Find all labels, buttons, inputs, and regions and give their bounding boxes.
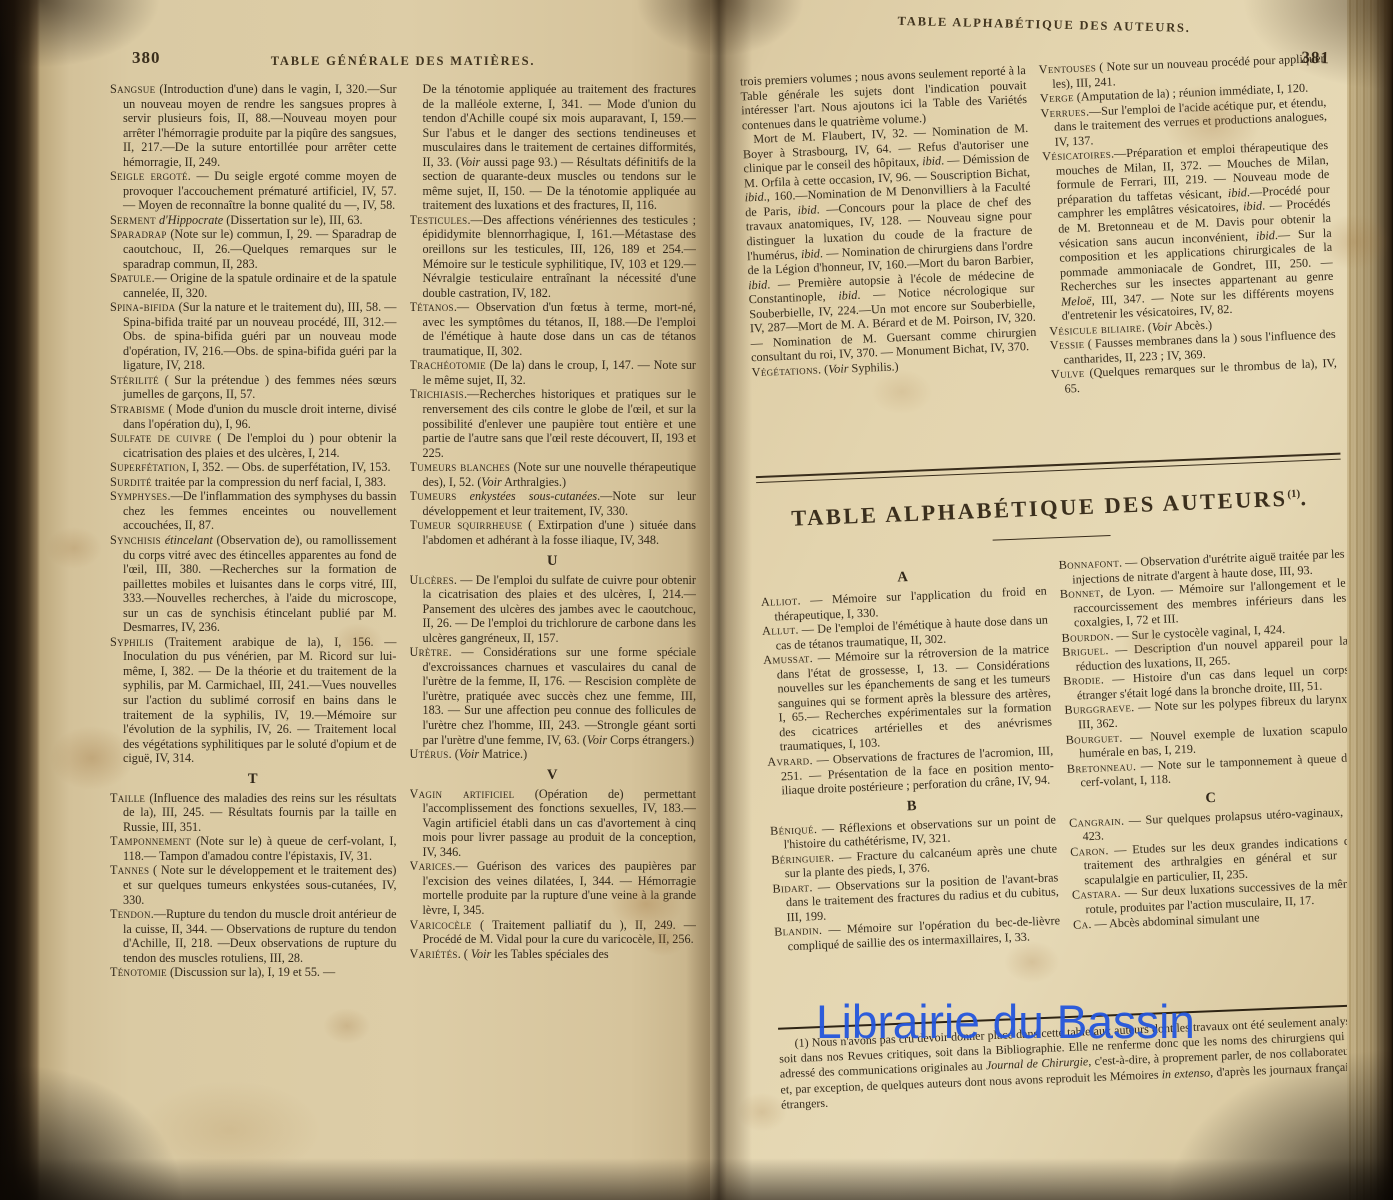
entry-headword: Tumeur squirrheuse (410, 518, 523, 532)
entry-headword: Tumeurs (410, 489, 457, 503)
index-entry: Mort de M. Flaubert, IV, 32. — Nominatio… (742, 121, 1037, 365)
entry-headword: Tumeurs blanches (410, 460, 511, 474)
entry-headword: Végétations (751, 362, 818, 379)
index-entry: Vésicatoires.—Préparation et emploi thér… (1042, 138, 1335, 324)
entry-headword: Testicules (410, 213, 468, 227)
varietes-columns: trois premiers volumes ; nous avons seul… (740, 51, 1340, 466)
index-entry: Urètre. — Considérations sur une forme s… (410, 645, 697, 747)
entry-headword: Ulcères (410, 573, 454, 587)
authors-table-heading: TABLE ALPHABÉTIQUE DES AUTEURS(1). (757, 484, 1343, 533)
entry-headword: Bidart (772, 880, 809, 895)
index-entry: Ulcères. — De l'emploi du sulfate de cui… (410, 573, 697, 646)
entry-headword: Superfétation (110, 460, 186, 474)
entry-headword: Variétés (410, 947, 458, 961)
index-entry: Spatule.— Origine de la spatule ordinair… (110, 271, 397, 300)
entry-headword: Castara (1072, 886, 1118, 902)
footnote-block: (1) Nous n'avons pas cru devoir donner p… (778, 1004, 1366, 1112)
index-entry: Synchisis étincelant (Observation de), o… (110, 533, 397, 635)
index-entry: De la ténotomie appliquée au traitement … (410, 82, 697, 213)
index-entry: Symphyses.—De l'inflammation des symphys… (110, 489, 397, 533)
index-entry: Superfétation, I, 352. — Obs. de superfé… (110, 460, 397, 475)
authors-column-1: AAlliot. — Mémoire sur l'application du … (760, 559, 1064, 1022)
entry-headword: Verge (1040, 90, 1074, 105)
entry-headword: Brodie (1063, 673, 1101, 688)
entry-headword: Sparadrap (110, 227, 167, 241)
entry-headword: Utérus (410, 747, 449, 761)
section-letter: V (410, 767, 697, 784)
index-entry: Seigle ergoté. — Du seigle ergoté comme … (110, 169, 397, 213)
index-entry: Strabisme ( Mode d'union du muscle droit… (110, 402, 397, 431)
book-left-cover-edge (0, 0, 40, 1200)
index-entry: Tumeurs enkystées sous-cutanées.—Note su… (410, 489, 697, 518)
right-running-title: TABLE ALPHABÉTIQUE DES AUTEURS. (752, 10, 1337, 39)
entry-headword: Burggraeve (1064, 701, 1131, 718)
entry-headword: Bonnafont (1058, 556, 1119, 572)
index-entry: Varicocèle ( Traitement palliatif du ), … (410, 918, 697, 947)
entry-headword: Blandin (774, 923, 819, 939)
entry-headword: Verrues (1040, 104, 1086, 120)
varietes-column-1: trois premiers volumes ; nous avons seul… (740, 63, 1042, 466)
left-running-title: TABLE GÉNÉRALE DES MATIÈRES. (110, 54, 696, 69)
entry-headword: Bonnet (1060, 586, 1101, 602)
entry-headword: Ventouses (1038, 60, 1096, 76)
entry-headword: Béringuier (771, 850, 831, 866)
entry-headword: Bourdon (1061, 629, 1110, 645)
entry-headword: Spina-bifida (110, 300, 175, 314)
index-entry: Varices.— Guérison des varices des paupi… (410, 859, 697, 917)
index-entry: Trachéotomie (De la) dans le croup, I, 1… (410, 358, 697, 387)
entry-headword: Strabisme (110, 402, 165, 416)
index-entry: Variétés. ( Voir les Tables spéciales de… (410, 947, 697, 962)
entry-headword: Seigle ergoté (110, 169, 188, 183)
entry-headword: Symphyses (110, 489, 168, 503)
index-entry: Taille (Influence des maladies des reins… (110, 791, 397, 835)
entry-headword: Urètre (410, 645, 449, 659)
index-entry: Surdité traitée par la compression du ne… (110, 475, 397, 490)
entry-headword: Vessie (1050, 337, 1085, 352)
index-entry: Sulfate de cuivre ( De l'emploi du ) pou… (110, 431, 397, 460)
index-entry: Utérus. (Voir Matrice.) (410, 747, 697, 762)
entry-headword: Cangrain (1069, 814, 1122, 830)
index-entry: Amussat. — Mémoire sur la rétroversion d… (763, 642, 1053, 755)
authors-columns: AAlliot. — Mémoire sur l'application du … (760, 547, 1363, 1022)
index-column-1: Sangsue (Introduction d'une) dans le vag… (110, 82, 397, 1170)
index-entry: Tétanos.— Observation d'un fœtus à terme… (410, 300, 697, 358)
right-page: TABLE ALPHABÉTIQUE DES AUTEURS. 381 troi… (710, 0, 1393, 1200)
entry-headword: Bourguet (1065, 730, 1119, 746)
entry-headword: Caron (1070, 843, 1106, 858)
index-entry: Serment d'Hippocrate (Dissertation sur l… (110, 213, 397, 228)
section-letter: U (410, 553, 697, 570)
left-page-columns: Sangsue (Introduction d'une) dans le vag… (110, 82, 696, 1170)
entry-headword: Avrard (767, 753, 810, 769)
index-entry: Spina-bifida (Sur la nature et le traite… (110, 300, 397, 373)
entry-headword: Sulfate de cuivre (110, 431, 212, 445)
left-page: 380 TABLE GÉNÉRALE DES MATIÈRES. Sangsue… (36, 0, 710, 1200)
entry-headword: Stérilité (110, 373, 159, 387)
entry-headword: Vésicatoires (1042, 147, 1111, 164)
index-entry: Tumeur squirrheuse ( Extirpation d'une )… (410, 518, 697, 547)
entry-headword: Tamponnement (110, 834, 191, 848)
entry-headword: Tannes (110, 863, 149, 877)
entry-headword: Béniqué (770, 822, 814, 838)
entry-headword: Bretonneau (1067, 759, 1133, 776)
entry-headword: Ca (1073, 917, 1089, 932)
index-entry: Sparadrap (Note sur le) commun, I, 29. —… (110, 227, 397, 271)
index-entry: Tendon.—Rupture du tendon du muscle droi… (110, 907, 397, 965)
index-entry: Vagin artificiel (Opération de) permetta… (410, 787, 697, 860)
entry-headword: Allut (762, 623, 796, 638)
entry-headword: Synchisis (110, 533, 161, 547)
entry-headword: Varicocèle (410, 918, 472, 932)
index-entry: Sangsue (Introduction d'une) dans le vag… (110, 82, 397, 169)
index-entry: Testicules.—Des affections vénériennes d… (410, 213, 697, 300)
entry-headword: Spatule (110, 271, 152, 285)
entry-headword: Vagin artificiel (410, 787, 515, 801)
authors-column-2: Bonnafont. — Observation d'urétrite aigu… (1058, 547, 1362, 1010)
entry-headword: Trichiasis (410, 387, 464, 401)
index-entry: Trichiasis.—Recherches historiques et pr… (410, 387, 697, 460)
entry-headword: Varices (410, 859, 453, 873)
entry-headword: Syphilis (110, 635, 154, 649)
entry-headword: Tétanos (410, 300, 454, 314)
varietes-column-2: Ventouses ( Note sur un nouveau procédé … (1038, 51, 1340, 454)
footnote-text: (1) Nous n'avons pas cru devoir donner p… (778, 1013, 1366, 1112)
index-entry: Stérilité ( Sur la prétendue ) des femme… (110, 373, 397, 402)
entry-headword: Amussat (763, 651, 810, 667)
entry-headword: Trachéotomie (410, 358, 486, 372)
entry-headword: Tendon (110, 907, 151, 921)
entry-headword: Taille (110, 791, 145, 805)
index-entry: Syphilis (Traitement arabique de la), I,… (110, 635, 397, 766)
entry-headword: Ténotomie (110, 965, 167, 979)
index-entry: Tannes ( Note sur le développement et le… (110, 863, 397, 907)
index-entry: Ténotomie (Discussion sur la), I, 19 et … (110, 965, 397, 980)
entry-headword: Briguel (1062, 644, 1106, 660)
right-page-body: trois premiers volumes ; nous avons seul… (740, 51, 1366, 1113)
footnote-marker: (1) (1287, 488, 1300, 501)
entry-headword: Surdité (110, 475, 152, 489)
left-page-header: 380 TABLE GÉNÉRALE DES MATIÈRES. (110, 46, 696, 82)
index-column-2: De la ténotomie appliquée au traitement … (410, 82, 697, 1170)
entry-headword: Alliot (761, 594, 798, 609)
entry-headword: Serment (110, 213, 156, 227)
entry-headword: Vulve (1051, 366, 1085, 381)
section-letter: T (110, 771, 397, 788)
index-entry: Tamponnement (Note sur le) à queue de ce… (110, 834, 397, 863)
index-entry: Tumeurs blanches (Note sur une nouvelle … (410, 460, 697, 489)
entry-headword: Sangsue (110, 82, 155, 96)
heading-divider-rule (992, 535, 1110, 541)
